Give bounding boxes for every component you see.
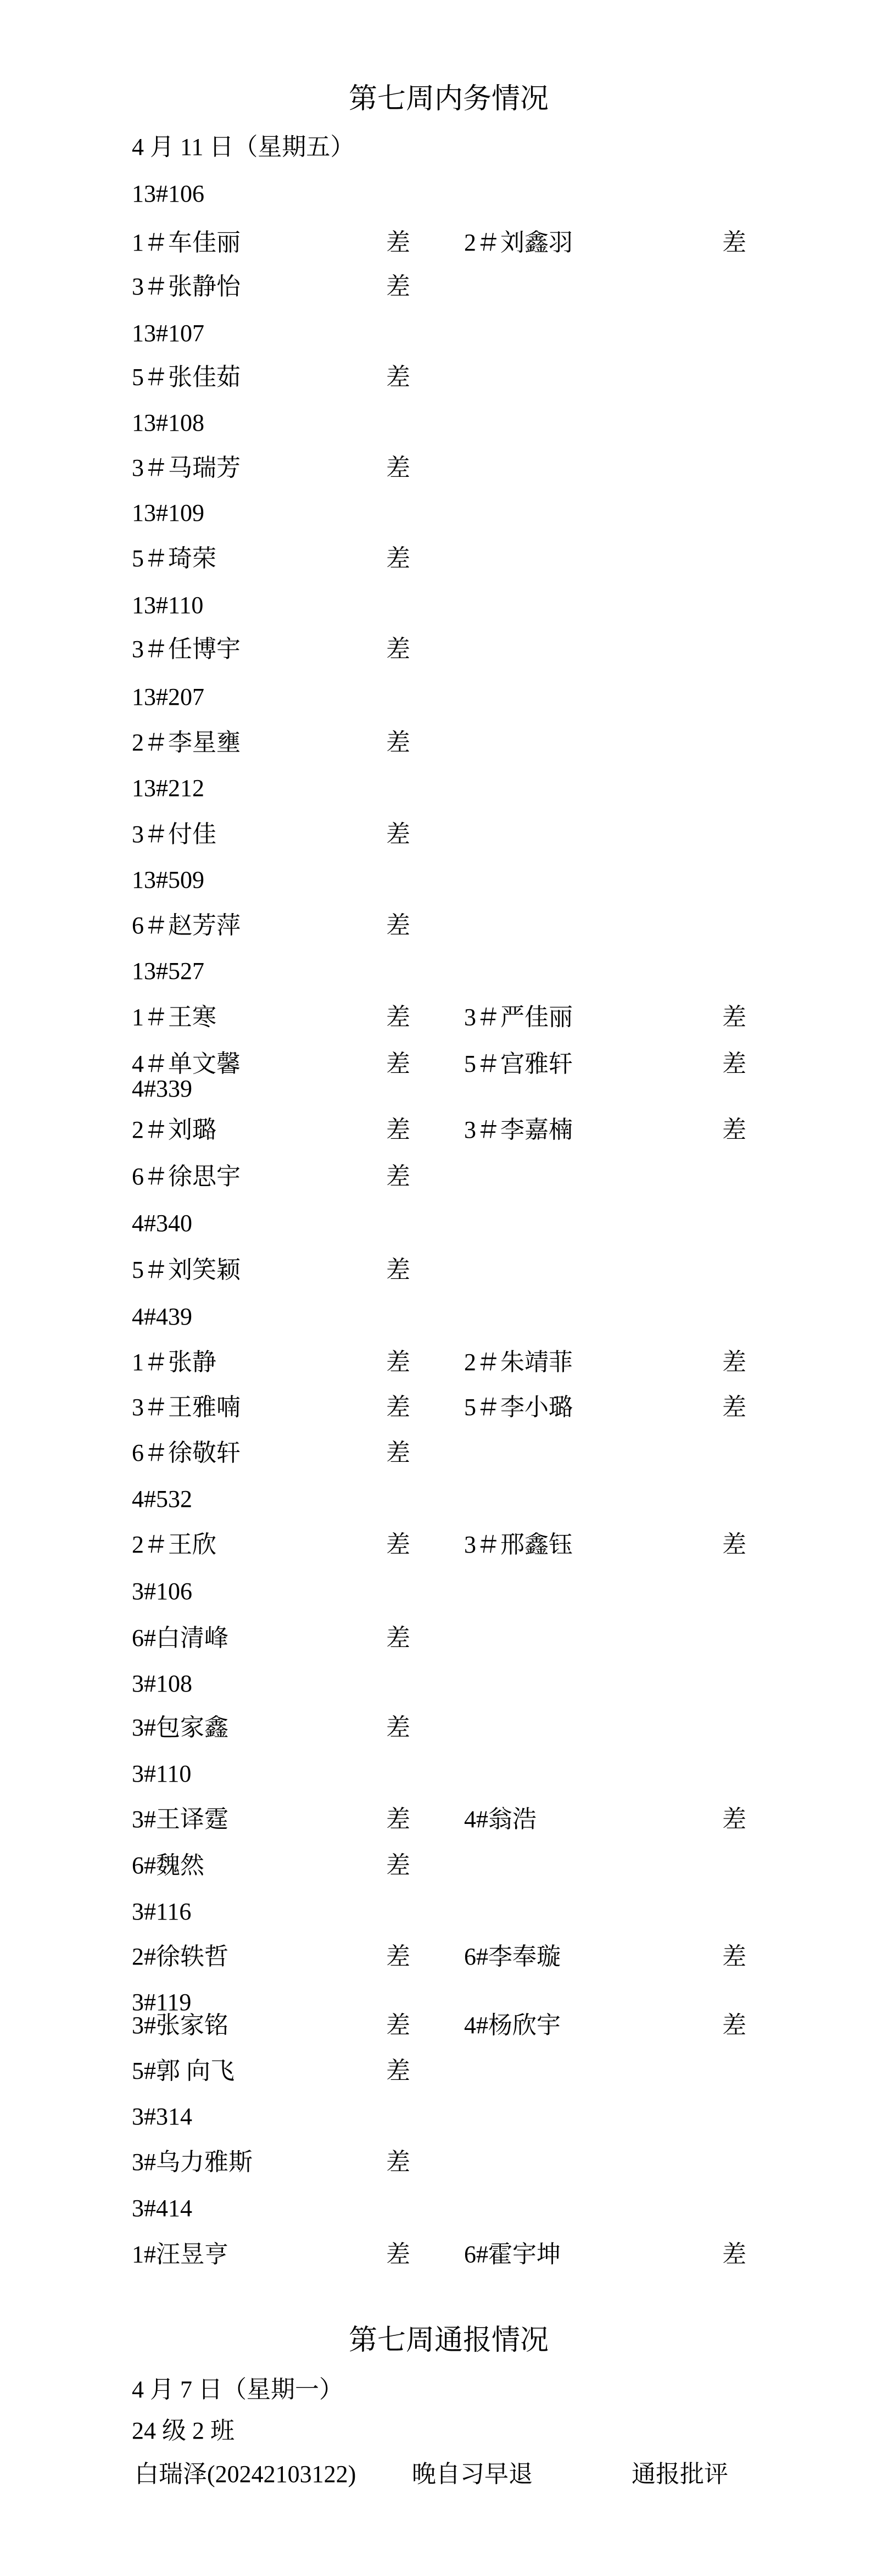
room-number: 13#509: [132, 868, 204, 892]
room-number: 3#110: [132, 1762, 191, 1786]
student-name: 1#汪昱亨: [132, 2243, 228, 2267]
grade-mark: 差: [722, 1945, 746, 1969]
student-grade-row: 3#王译霆差4#翁浩差: [0, 1807, 871, 1835]
room-number: 13#212: [132, 776, 204, 800]
grade-mark: 差: [386, 1441, 410, 1465]
student-grade-row: 3＃任博宇差: [0, 637, 871, 665]
grade-mark: 差: [722, 231, 746, 255]
student-name: 3#乌力雅斯: [132, 2150, 253, 2174]
grade-mark: 差: [386, 2013, 410, 2038]
section1-title: 第七周内务情况: [13, 85, 871, 114]
grade-mark: 差: [722, 1350, 746, 1375]
grade-mark: 差: [386, 1165, 410, 1189]
grade-mark: 差: [386, 1807, 410, 1832]
grade-mark: 差: [386, 731, 410, 755]
room-number: 4#439: [132, 1305, 192, 1329]
room-number: 3#106: [132, 1579, 192, 1604]
room-number-row: 13#107: [0, 321, 871, 349]
student-name: 3＃付佳: [132, 822, 216, 847]
student-name: 1＃张静: [132, 1350, 216, 1375]
room-number-row: 13#527: [0, 959, 871, 987]
student-grade-row: 3＃王雅喃差5＃李小璐差: [0, 1395, 871, 1423]
student-name: 5＃琦荣: [132, 547, 216, 571]
student-name: 6#魏然: [132, 1854, 204, 1878]
room-number: 13#110: [132, 593, 203, 617]
student-name: 2＃刘璐: [132, 1118, 216, 1142]
student-name: 6#白清峰: [132, 1626, 228, 1650]
student-name: 6＃赵芳萍: [132, 914, 241, 938]
student-name: 5＃宫雅轩: [464, 1052, 573, 1076]
student-name: 5#郭 向飞: [132, 2059, 235, 2083]
section2-title: 第七周通报情况: [13, 2327, 871, 2355]
room-number: 4#532: [132, 1487, 192, 1511]
student-name: 5＃张佳茹: [132, 365, 241, 390]
grade-mark: 差: [386, 637, 410, 661]
student-name: 3＃邢鑫钰: [464, 1533, 573, 1557]
room-number-row: 3#108: [0, 1672, 871, 1699]
student-name: 4＃单文馨: [132, 1052, 241, 1076]
violation-description: 晚自习早退: [412, 2462, 533, 2486]
student-grade-row: 3#乌力雅斯差: [0, 2150, 871, 2178]
room-number-row: 13#106: [0, 182, 871, 209]
room-number-row: 3#116: [0, 1900, 871, 1927]
student-name: 4#杨欣宇: [464, 2013, 561, 2038]
grade-mark: 差: [386, 547, 410, 571]
grade-mark: 差: [722, 2013, 746, 2038]
room-number-row: 13#509: [0, 868, 871, 895]
document-page: 第七周内务情况 4 月 11 日（星期五） 13#1061＃车佳丽差2＃刘鑫羽差…: [0, 0, 871, 2576]
student-name: 4#翁浩: [464, 1807, 537, 1832]
room-number-row: 4#340: [0, 1211, 871, 1239]
student-grade-row: 3#张家铭差4#杨欣宇差: [0, 2013, 871, 2041]
room-number-row: 3#414: [0, 2196, 871, 2224]
grade-mark: 差: [386, 1118, 410, 1142]
grade-mark: 差: [722, 1807, 746, 1832]
room-number: 3#314: [132, 2105, 192, 2129]
student-name: 3#包家鑫: [132, 1716, 228, 1740]
student-grade-row: 6#白清峰差: [0, 1626, 871, 1654]
student-name: 1＃王寒: [132, 1005, 216, 1030]
student-grade-row: 1＃王寒差3＃严佳丽差: [0, 1005, 871, 1033]
student-name: 2＃刘鑫羽: [464, 231, 573, 255]
grade-mark: 差: [386, 914, 410, 938]
grade-mark: 差: [386, 1395, 410, 1420]
room-number-row: 3#110: [0, 1762, 871, 1789]
room-number-row: 3#314: [0, 2105, 871, 2132]
student-name: 6#霍宇坤: [464, 2243, 561, 2267]
grade-mark: 差: [386, 1258, 410, 1282]
section1-date-line: 4 月 11 日（星期五）: [132, 135, 354, 159]
student-grade-row: 5＃琦荣差: [0, 547, 871, 574]
grade-mark: 差: [386, 365, 410, 390]
student-grade-row: 5#郭 向飞差: [0, 2059, 871, 2087]
student-name: 5＃李小璐: [464, 1395, 573, 1420]
grade-mark: 差: [722, 1118, 746, 1142]
student-grade-row: 2＃王欣差3＃邢鑫钰差: [0, 1533, 871, 1560]
violation-student-name: 白瑞泽(20242103122): [135, 2462, 356, 2486]
student-name: 6#李奉璇: [464, 1945, 561, 1969]
student-grade-row: 2#徐轶哲差6#李奉璇差: [0, 1945, 871, 1972]
grade-mark: 差: [386, 2059, 410, 2083]
grade-mark: 差: [722, 1533, 746, 1557]
grade-mark: 差: [386, 2150, 410, 2174]
room-number: 13#109: [132, 501, 204, 525]
violation-record-row: 白瑞泽(20242103122) 晚自习早退 通报批评: [0, 2462, 871, 2490]
grade-mark: 差: [386, 1854, 410, 1878]
student-grade-row: 6＃徐敬轩差: [0, 1441, 871, 1468]
room-number-row: 3#106: [0, 1579, 871, 1607]
grade-mark: 差: [386, 2243, 410, 2267]
class-line: 24 级 2 班: [132, 2419, 235, 2443]
room-number-row: 13#109: [0, 501, 871, 528]
student-grade-row: 3＃马瑞芳差: [0, 456, 871, 483]
room-number: 13#107: [132, 321, 204, 346]
grade-mark: 差: [386, 822, 410, 847]
grade-mark: 差: [386, 1052, 410, 1076]
room-number: 13#207: [132, 685, 204, 709]
room-number: 3#119: [132, 1990, 191, 2015]
grade-mark: 差: [386, 1626, 410, 1650]
student-name: 6＃徐敬轩: [132, 1441, 241, 1465]
room-number-row: 13#212: [0, 776, 871, 804]
student-grade-row: 1＃张静差2＃朱靖菲差: [0, 1350, 871, 1378]
room-number-row: 4#439: [0, 1305, 871, 1332]
student-name: 3＃王雅喃: [132, 1395, 241, 1420]
student-name: 3#王译霆: [132, 1807, 228, 1832]
grade-mark: 差: [722, 2243, 746, 2267]
grade-mark: 差: [386, 1945, 410, 1969]
grade-mark: 差: [722, 1005, 746, 1030]
student-grade-row: 1#汪昱亨差6#霍宇坤差: [0, 2243, 871, 2270]
room-number-row: 13#108: [0, 411, 871, 438]
section2-date-line: 4 月 7 日（星期一）: [132, 2378, 343, 2402]
student-name: 3＃严佳丽: [464, 1005, 573, 1030]
student-name: 2＃朱靖菲: [464, 1350, 573, 1375]
room-number: 13#106: [132, 182, 204, 206]
student-grade-row: 1＃车佳丽差2＃刘鑫羽差: [0, 231, 871, 258]
grade-mark: 差: [386, 1716, 410, 1740]
student-grade-row: 2＃李星壅差: [0, 731, 871, 758]
grade-mark: 差: [386, 1005, 410, 1030]
student-name: 3＃张静怡: [132, 275, 241, 299]
grade-mark: 差: [722, 1052, 746, 1076]
student-grade-row: 3＃张静怡差: [0, 275, 871, 302]
room-number-row: 13#110: [0, 593, 871, 621]
room-number-row: 4#339: [0, 1077, 871, 1104]
student-name: 1＃车佳丽: [132, 231, 241, 255]
student-name: 2#徐轶哲: [132, 1945, 228, 1969]
student-name: 6＃徐思宇: [132, 1165, 241, 1189]
student-grade-row: 6＃徐思宇差: [0, 1165, 871, 1192]
grade-mark: 差: [386, 275, 410, 299]
student-name: 3#张家铭: [132, 2013, 228, 2038]
room-number: 3#414: [132, 2196, 192, 2221]
student-name: 2＃王欣: [132, 1533, 216, 1557]
grade-mark: 差: [386, 231, 410, 255]
room-number: 3#108: [132, 1672, 192, 1696]
room-number: 3#116: [132, 1900, 191, 1924]
student-grade-row: 3#包家鑫差: [0, 1716, 871, 1743]
student-name: 3＃马瑞芳: [132, 456, 241, 480]
student-grade-row: 6#魏然差: [0, 1854, 871, 1881]
student-name: 3＃任博宇: [132, 637, 241, 661]
room-number-row: 13#207: [0, 685, 871, 713]
room-number: 4#339: [132, 1077, 192, 1101]
grade-mark: 差: [722, 1395, 746, 1420]
student-name: 3＃李嘉楠: [464, 1118, 573, 1142]
student-name: 5＃刘笑颖: [132, 1258, 241, 1282]
student-name: 2＃李星壅: [132, 731, 241, 755]
violation-action: 通报批评: [632, 2462, 728, 2486]
room-number-row: 4#532: [0, 1487, 871, 1515]
student-grade-row: 3＃付佳差: [0, 822, 871, 850]
grade-mark: 差: [386, 1350, 410, 1375]
student-grade-row: 5＃张佳茹差: [0, 365, 871, 393]
student-grade-row: 2＃刘璐差3＃李嘉楠差: [0, 1118, 871, 1145]
room-number: 4#340: [132, 1211, 192, 1236]
student-grade-row: 6＃赵芳萍差: [0, 914, 871, 941]
room-number: 13#527: [132, 959, 204, 983]
student-grade-row: 4＃单文馨差5＃宫雅轩差: [0, 1052, 871, 1080]
grade-mark: 差: [386, 456, 410, 480]
student-grade-row: 5＃刘笑颖差: [0, 1258, 871, 1286]
room-number: 13#108: [132, 411, 204, 435]
grade-mark: 差: [386, 1533, 410, 1557]
